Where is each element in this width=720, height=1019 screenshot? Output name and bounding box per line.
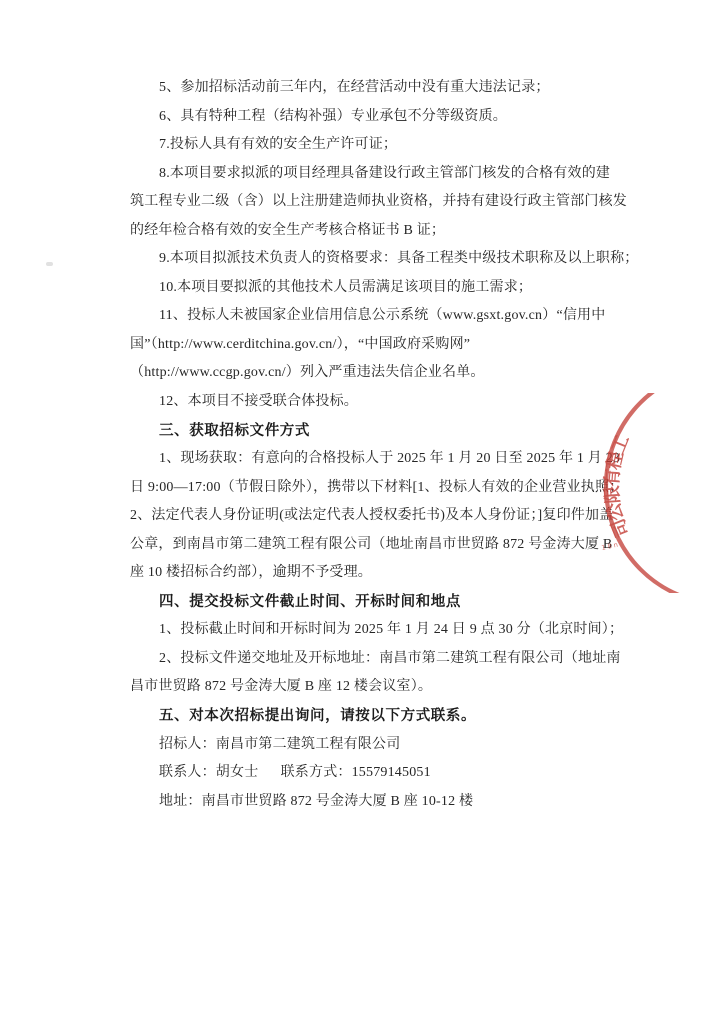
doc-line: 10.本项目要拟派的其他技术人员需满足该项目的施工需求； <box>130 274 612 303</box>
doc-line: 昌市世贸路 872 号金涛大厦 B 座 12 楼会议室）。 <box>130 673 612 702</box>
doc-line: 联系人：胡女士 联系方式：15579145051 <box>130 759 612 788</box>
doc-line: 1、现场获取：有意向的合格投标人于 2025 年 1 月 20 日至 2025 … <box>130 445 612 474</box>
section-heading-line: 五、对本次招标提出询问，请按以下方式联系。 <box>130 702 612 731</box>
document-text-block: 5、参加招标活动前三年内，在经营活动中没有重大违法记录；6、具有特种工程（结构补… <box>130 74 612 816</box>
doc-line: 筑工程专业二级（含）以上注册建造师执业资格，并持有建设行政主管部门核发 <box>130 188 612 217</box>
doc-line: 地址：南昌市世贸路 872 号金涛大厦 B 座 10-12 楼 <box>130 788 612 817</box>
doc-line: 的经年检合格有效的安全生产考核合格证书 B 证； <box>130 217 612 246</box>
doc-line: 2、法定代表人身份证明(或法定代表人授权委托书)及本人身份证；]复印件加盖 <box>130 502 612 531</box>
section-heading-line: 三、获取招标文件方式 <box>130 417 612 446</box>
doc-line: 国”（http://www.cerditchina.gov.cn/），“中国政府… <box>130 331 612 360</box>
doc-line: 2、投标文件递交地址及开标地址：南昌市第二建筑工程有限公司（地址南 <box>130 645 612 674</box>
doc-line: （http://www.ccgp.gov.cn/）列入严重违法失信企业名单。 <box>130 359 612 388</box>
doc-line: 座 10 楼招标合约部），逾期不予受理。 <box>130 559 612 588</box>
doc-line: 8.本项目要求拟派的项目经理具备建设行政主管部门核发的合格有效的建 <box>130 160 612 189</box>
doc-line: 9.本项目拟派技术负责人的资格要求：具备工程类中级技术职称及以上职称； <box>130 245 612 274</box>
doc-line: 7.投标人具有有效的安全生产许可证； <box>130 131 612 160</box>
doc-line: 1、投标截止时间和开标时间为 2025 年 1 月 24 日 9 点 30 分（… <box>130 616 612 645</box>
seal-outer-ring <box>606 393 720 593</box>
doc-line: 招标人：南昌市第二建筑工程有限公司 <box>130 731 612 760</box>
section-heading-line: 四、提交投标文件截止时间、开标时间和地点 <box>130 588 612 617</box>
doc-line: 6、具有特种工程（结构补强）专业承包不分等级资质。 <box>130 103 612 132</box>
doc-line: 12、本项目不接受联合体投标。 <box>130 388 612 417</box>
doc-line: 公章，到南昌市第二建筑工程有限公司（地址南昌市世贸路 872 号金涛大厦 B <box>130 531 612 560</box>
document-page: 5、参加招标活动前三年内，在经营活动中没有重大违法记录；6、具有特种工程（结构补… <box>0 0 720 1019</box>
doc-line: 5、参加招标活动前三年内，在经营活动中没有重大违法记录； <box>130 74 612 103</box>
scan-smudge-artifact <box>46 262 53 266</box>
doc-line: 日 9:00—17:00（节假日除外），携带以下材料[1、投标人有效的企业营业执… <box>130 474 612 503</box>
doc-line: 11、投标人未被国家企业信用信息公示系统（www.gsxt.gov.cn）“信用… <box>130 302 612 331</box>
